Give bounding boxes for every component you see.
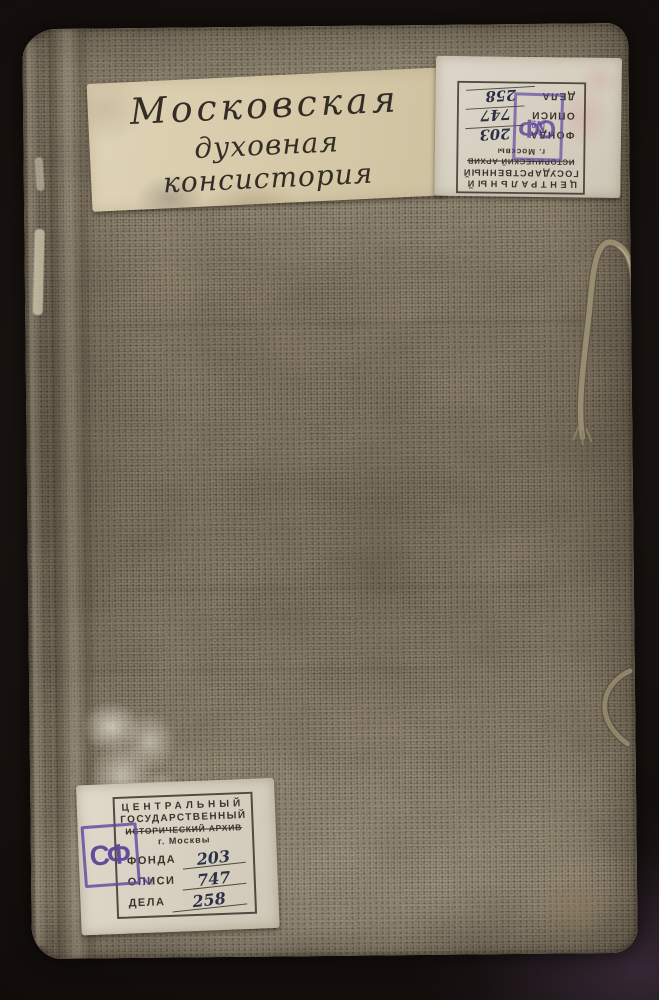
dela-label: ДЕЛА xyxy=(128,896,165,910)
archive-label-bottom: ЦЕНТРАЛЬНЫЙ ГОСУДАРСТВЕННЫЙ ИСТОРИЧЕСКИЙ… xyxy=(76,778,280,935)
stamp-org-line1: ЦЕНТРАЛЬНЫЙ xyxy=(458,178,583,190)
title-label: Московская духовная консистория xyxy=(86,67,446,212)
title-line2: духовная консистория xyxy=(89,120,446,203)
numero-mark: № xyxy=(141,874,154,888)
stamp-org-line2: ГОСУДАРСТВЕННЫЙ xyxy=(458,166,583,178)
numero-mark: № xyxy=(531,117,547,134)
sf-stamp-text: СФ xyxy=(89,838,129,873)
book-cover: Московская духовная консистория ЦЕНТРАЛЬ… xyxy=(22,23,638,959)
paper-sliver xyxy=(33,229,45,315)
photo-background: Московская духовная консистория ЦЕНТРАЛЬ… xyxy=(0,0,659,1000)
stamp-field-fonda: ФОНДА 203 xyxy=(126,843,245,869)
sf-stamp: СФ xyxy=(81,822,141,888)
dela-value: 258 xyxy=(171,888,247,912)
archive-label-top: ЦЕНТРАЛЬНЫЙ ГОСУДАРСТВЕННЫЙ ИСТОРИЧЕСКИЙ… xyxy=(434,56,622,198)
